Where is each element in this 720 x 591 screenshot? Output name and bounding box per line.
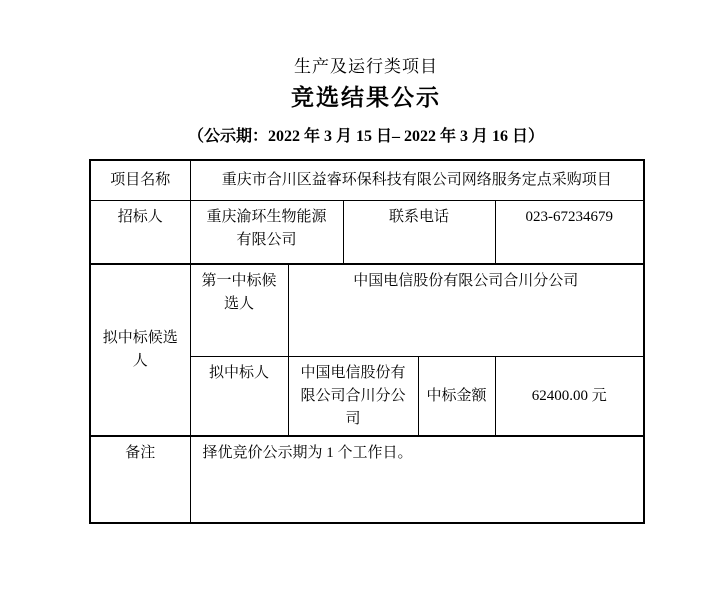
category-title: 生产及运行类项目	[89, 52, 643, 77]
tenderee-label: 招标人	[90, 200, 190, 264]
announcement-page: 生产及运行类项目 竞选结果公示 （公示期：2022 年 3 月 15 日– 20…	[0, 0, 720, 591]
first-candidate-value: 中国电信股份有限公司合川分公司	[288, 264, 644, 356]
table-row: 备注 择优竞价公示期为 1 个工作日。	[90, 436, 644, 523]
first-candidate-label: 第一中标候 选人	[190, 264, 288, 356]
bid-result-table: 项目名称 重庆市合川区益睿环保科技有限公司网络服务定点采购项目 招标人 重庆渝环…	[89, 159, 645, 524]
page-title: 竞选结果公示	[89, 79, 643, 112]
remarks-value: 择优竞价公示期为 1 个工作日。	[190, 436, 644, 523]
table-row: 招标人 重庆渝环生物能源 有限公司 联系电话 023-67234679	[90, 200, 644, 264]
award-amount-value: 62400.00 元	[495, 356, 644, 436]
award-amount-label: 中标金额	[418, 356, 495, 436]
tenderee-value: 重庆渝环生物能源 有限公司	[190, 200, 343, 264]
project-name-value: 重庆市合川区益睿环保科技有限公司网络服务定点采购项目	[190, 160, 644, 200]
proposed-winner-value: 中国电信股份有 限公司合川分公 司	[288, 356, 418, 436]
project-name-label: 项目名称	[90, 160, 190, 200]
proposed-winner-label: 拟中标人	[190, 356, 288, 436]
table-row: 拟中标候选 人 第一中标候 选人 中国电信股份有限公司合川分公司	[90, 264, 644, 356]
publicity-period: （公示期：2022 年 3 月 15 日– 2022 年 3 月 16 日）	[89, 123, 643, 146]
candidates-label: 拟中标候选 人	[90, 264, 190, 436]
contact-phone-label: 联系电话	[343, 200, 495, 264]
table-row: 项目名称 重庆市合川区益睿环保科技有限公司网络服务定点采购项目	[90, 160, 644, 200]
remarks-label: 备注	[90, 436, 190, 523]
contact-phone-value: 023-67234679	[495, 200, 644, 264]
